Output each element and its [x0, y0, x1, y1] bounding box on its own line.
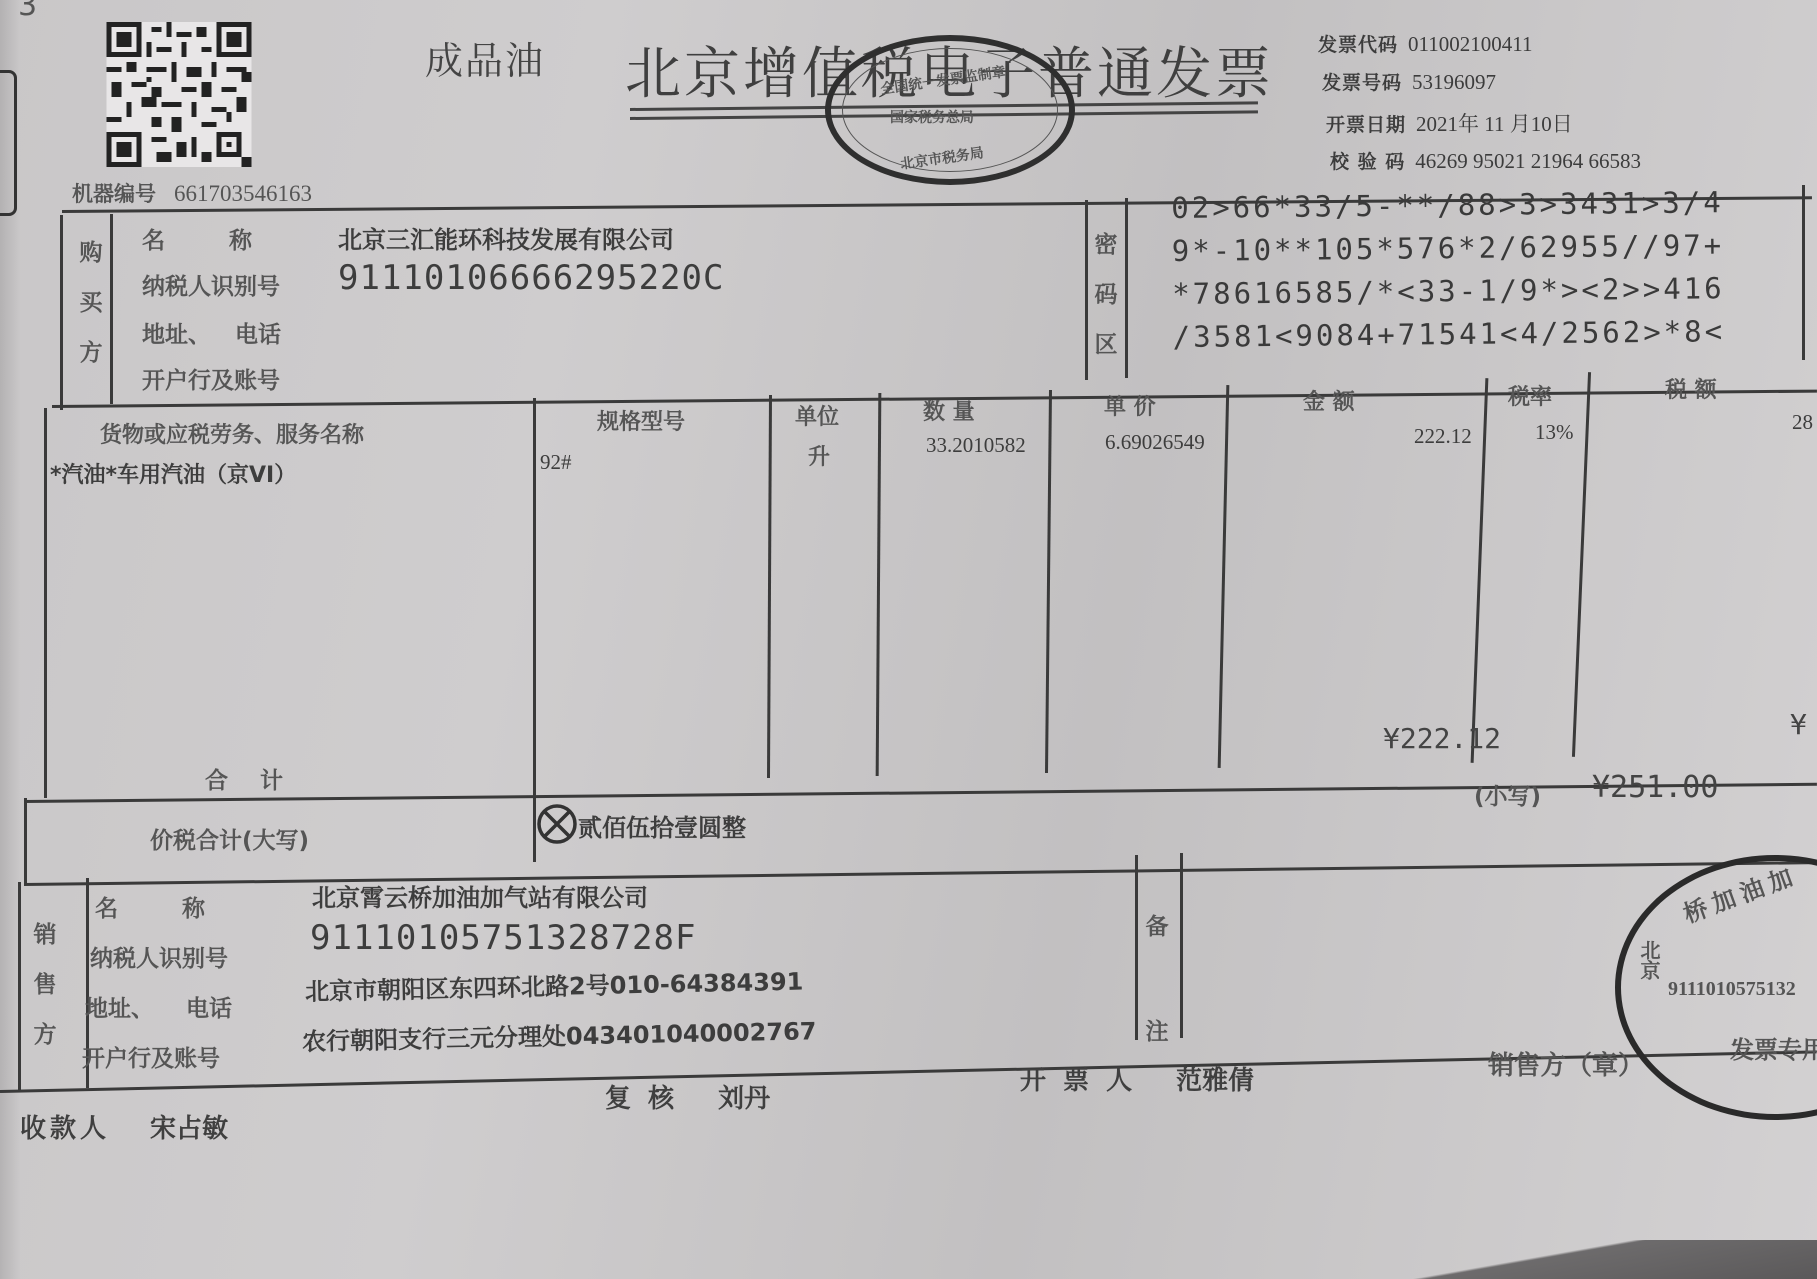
buyer-tax-id-label: 纳税人识别号 [142, 268, 280, 301]
col-header-spec: 规格型号 [597, 405, 685, 436]
issue-date: 2021年 11 月10日 [1416, 112, 1573, 136]
issue-date-row: 开票日期2021年 11 月10日 [1326, 108, 1573, 138]
cipher-side-label: 密 码 区 [1093, 220, 1119, 370]
invoice-category: 成品油 [425, 30, 545, 85]
machine-number-row: 机器编号661703546163 [72, 178, 312, 208]
seller-seal-label: 销售方（章） [1488, 1045, 1644, 1082]
buyer-label-divider [110, 214, 113, 404]
cipher-line: 9*-10**105*576*2/62955//97+ [1172, 224, 1725, 273]
seller-name: 北京霄云桥加油加气站有限公司 [312, 878, 648, 913]
desk-edge [1350, 1240, 1817, 1279]
payee-row: 收款人宋占敏 [20, 1108, 228, 1145]
seller-side-label: 销 售 方 [32, 910, 58, 1060]
buyer-name-label: 名 称 [142, 222, 252, 255]
seller-top-border [24, 861, 1817, 885]
col-divider-amount [1471, 378, 1488, 763]
seller-tax-id-label: 纳税人识别号 [90, 940, 228, 973]
col-divider-name [533, 398, 536, 783]
seller-address-label: 地址、 电话 [85, 990, 232, 1023]
col-header-qty: 数 量 [923, 395, 975, 426]
item-tax: 28 [1792, 410, 1813, 435]
table-left-border [60, 215, 63, 410]
table-right-border [1802, 185, 1805, 360]
total-amount: ¥222.12 [1383, 722, 1501, 755]
buyer-side-label: 购 买 方 [78, 228, 104, 378]
payee-name: 宋占敏 [150, 1114, 228, 1144]
cipher-line: 02>66*33/5-**/88>3>3431>3/4 [1171, 181, 1724, 230]
seller-stamp-id: 9111010575132 [1668, 978, 1796, 1001]
total-label: 合 计 [205, 762, 283, 795]
items-left-border [44, 408, 47, 798]
invoice-code-row: 发票代码011002100411 [1318, 30, 1532, 57]
col-header-price: 单 价 [1104, 390, 1156, 421]
cipher-line: /3581<9084+71541<4/2562>*8< [1172, 310, 1725, 359]
stamp-middle-text: 国家税务总局 [890, 107, 974, 127]
invoice-number: 53196097 [1412, 70, 1496, 94]
issuer-name: 范雅倩 [1176, 1066, 1254, 1096]
seller-address: 北京市朝阳区东四环北路2号010-64384391 [305, 962, 804, 1007]
reviewer-row: 复 核刘丹 [605, 1078, 770, 1115]
invoice-code: 011002100411 [1408, 32, 1532, 56]
circled-x-icon [535, 802, 579, 846]
remarks-divider-right [1180, 853, 1183, 1038]
buyer-address-label: 地址、 电话 [142, 316, 281, 349]
cipher-line: *78616585/*<33-1/9*><2>>416 [1172, 267, 1725, 316]
seller-stamp-bottom-text: 发票专用 [1730, 1030, 1817, 1065]
item-unit: 升 [808, 440, 830, 471]
check-code: 46269 95021 21964 66583 [1415, 149, 1641, 173]
check-code-row: 校 验 码46269 95021 21964 66583 [1330, 147, 1641, 174]
grand-total-lowercase-label: (小写) [1474, 778, 1541, 811]
col-divider-unit [876, 393, 881, 776]
grand-total-uppercase: 贰佰伍拾壹圆整 [578, 808, 746, 843]
col-divider-spec [767, 395, 772, 778]
item-qty: 33.2010582 [926, 433, 1026, 458]
buyer-tax-id: 91110106666295220C [338, 258, 724, 298]
item-rate: 13% [1535, 420, 1574, 445]
cipher-area: 02>66*33/5-**/88>3>3431>3/4 9*-10**105*5… [1171, 181, 1725, 359]
col-divider-price [1218, 385, 1229, 768]
total-tax: ¥ [1790, 708, 1807, 741]
issuer-row: 开 票 人范雅倩 [1020, 1060, 1254, 1097]
page-number: 3 [18, 0, 37, 23]
total-row-top-border [24, 783, 1817, 803]
item-amount: 222.12 [1414, 424, 1472, 449]
col-divider-qty [1045, 390, 1052, 773]
col-header-amount: 金 额 [1303, 385, 1355, 416]
remarks-side-label: 备 注 [1144, 875, 1170, 1085]
total-row-left-border [24, 798, 27, 883]
col-header-name: 货物或应税劳务、服务名称 [100, 418, 364, 449]
item-name: *汽油*车用汽油（京VI） [50, 458, 296, 489]
seller-tax-id: 91110105751328728F [310, 918, 696, 958]
grand-total-label: 价税合计(大写) [150, 822, 309, 855]
grand-total-lowercase: ¥251.00 [1592, 770, 1718, 805]
col-header-tax: 税 额 [1665, 373, 1717, 404]
remarks-divider-left [1135, 855, 1138, 1040]
col-header-rate: 税率 [1508, 380, 1552, 411]
cipher-divider-left [1085, 200, 1088, 380]
item-price: 6.69026549 [1105, 430, 1205, 455]
item-spec: 92# [540, 450, 572, 475]
seller-bank: 农行朝阳支行三元分理处043401040002767 [302, 1011, 817, 1057]
machine-number: 661703546163 [174, 181, 312, 206]
invoice-number-row: 发票号码53196097 [1322, 68, 1496, 95]
seller-bank-label: 开户行及账号 [82, 1040, 220, 1073]
seller-stamp-left-text: 北京 [1635, 940, 1664, 980]
binder-clip [0, 70, 17, 216]
buyer-name: 北京三汇能环科技发展有限公司 [338, 220, 674, 255]
reviewer-name: 刘丹 [718, 1084, 770, 1114]
col-divider-rate [1572, 372, 1591, 757]
buyer-bank-label: 开户行及账号 [142, 362, 280, 395]
qr-code-icon [100, 22, 258, 167]
seller-name-label: 名 称 [95, 890, 205, 923]
cipher-divider-right [1125, 198, 1128, 378]
seller-left-border [18, 882, 21, 1090]
col-header-unit: 单位 [795, 400, 839, 431]
